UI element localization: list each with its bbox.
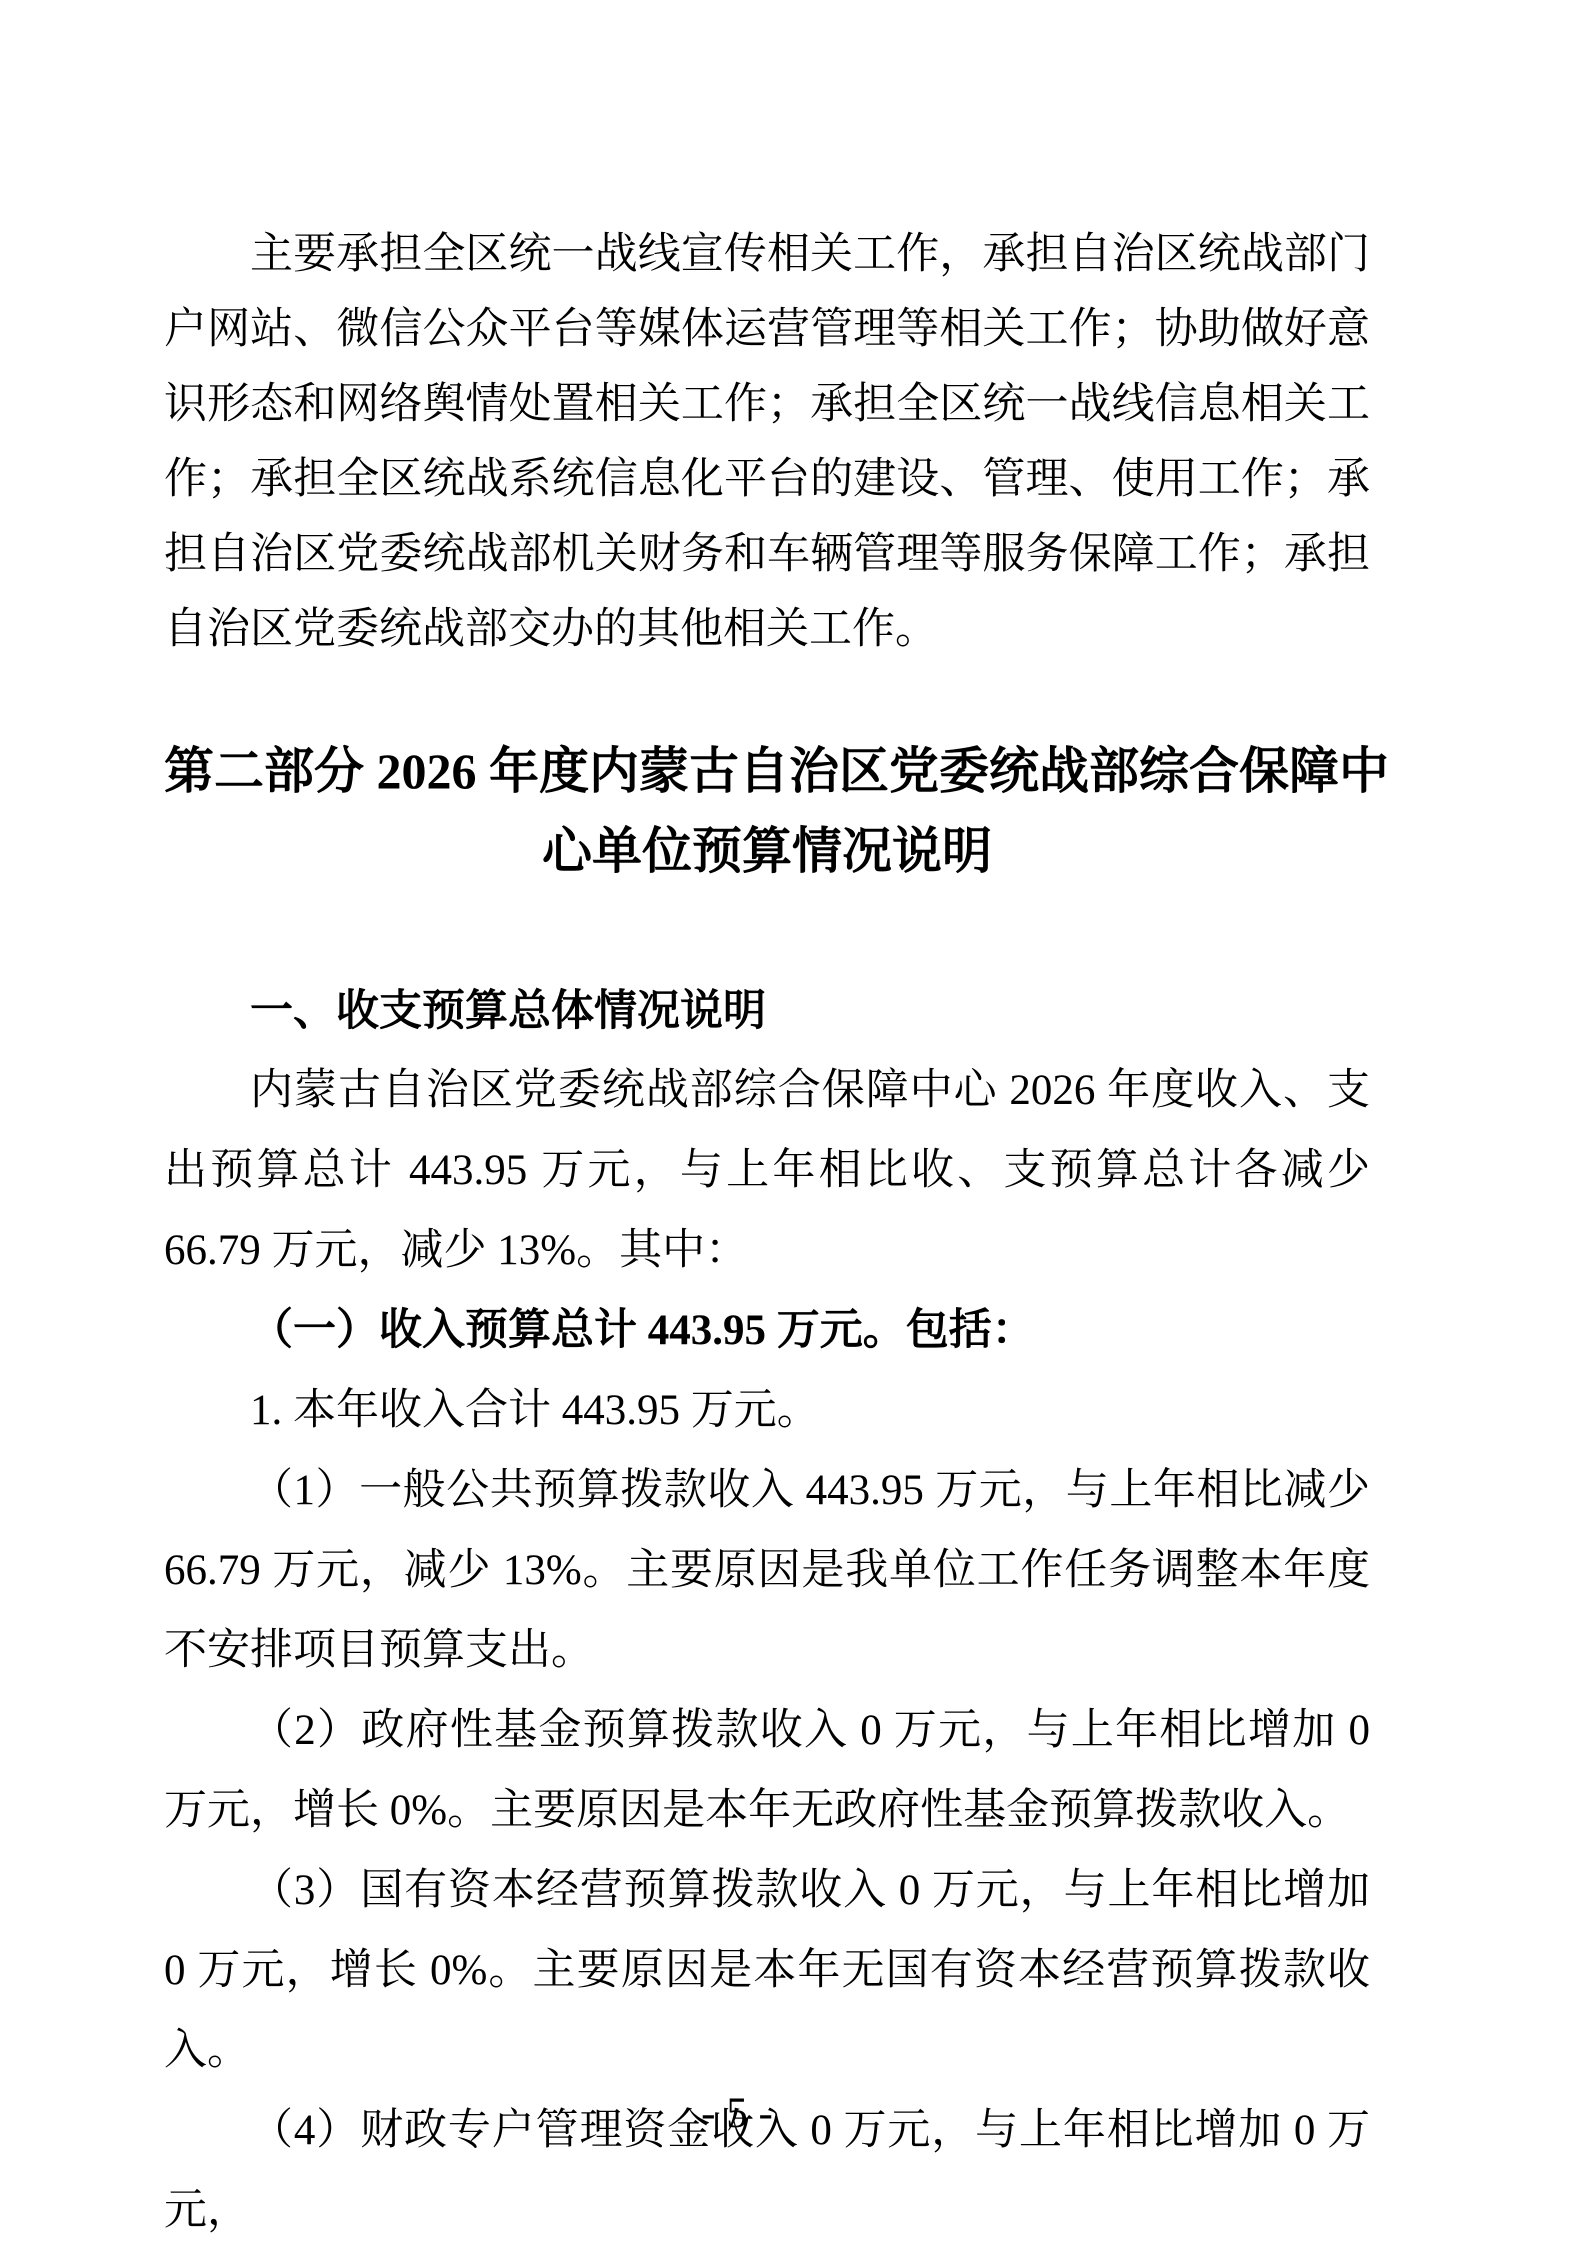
part-two-heading-line1: 第二部分 2026 年度内蒙古自治区党委统战部综合保障中 (164, 731, 1370, 811)
state-capital-income-paragraph: （3）国有资本经营预算拨款收入 0 万元，与上年相比增加 0 万元，增长 0%。… (164, 1851, 1370, 2091)
page-content: 主要承担全区统一战线宣传相关工作，承担自治区统战部门户网站、微信公众平台等媒体运… (164, 217, 1370, 2245)
intro-paragraph: 主要承担全区统一战线宣传相关工作，承担自治区统战部门户网站、微信公众平台等媒体运… (164, 217, 1370, 667)
government-fund-income-paragraph: （2）政府性基金预算拨款收入 0 万元，与上年相比增加 0 万元，增长 0%。主… (164, 1691, 1370, 1851)
budget-total-paragraph: 内蒙古自治区党委统战部综合保障中心 2026 年度收入、支出预算总计 443.9… (164, 1051, 1370, 1291)
part-two-heading: 第二部分 2026 年度内蒙古自治区党委统战部综合保障中 心单位预算情况说明 (164, 731, 1370, 891)
part-two-heading-line2: 心单位预算情况说明 (164, 811, 1370, 891)
document-page: 主要承担全区统一战线宣传相关工作，承担自治区统战部门户网站、微信公众平台等媒体运… (0, 0, 1588, 2245)
current-year-income-paragraph: 1. 本年收入合计 443.95 万元。 (164, 1371, 1370, 1451)
section-one-heading: 一、收支预算总体情况说明 (164, 971, 1370, 1051)
income-total-subheading: （一）收入预算总计 443.95 万元。包括： (164, 1291, 1370, 1371)
page-number: - 5 - (537, 2090, 937, 2138)
general-public-budget-income-paragraph: （1）一般公共预算拨款收入 443.95 万元，与上年相比减少 66.79 万元… (164, 1451, 1370, 1691)
